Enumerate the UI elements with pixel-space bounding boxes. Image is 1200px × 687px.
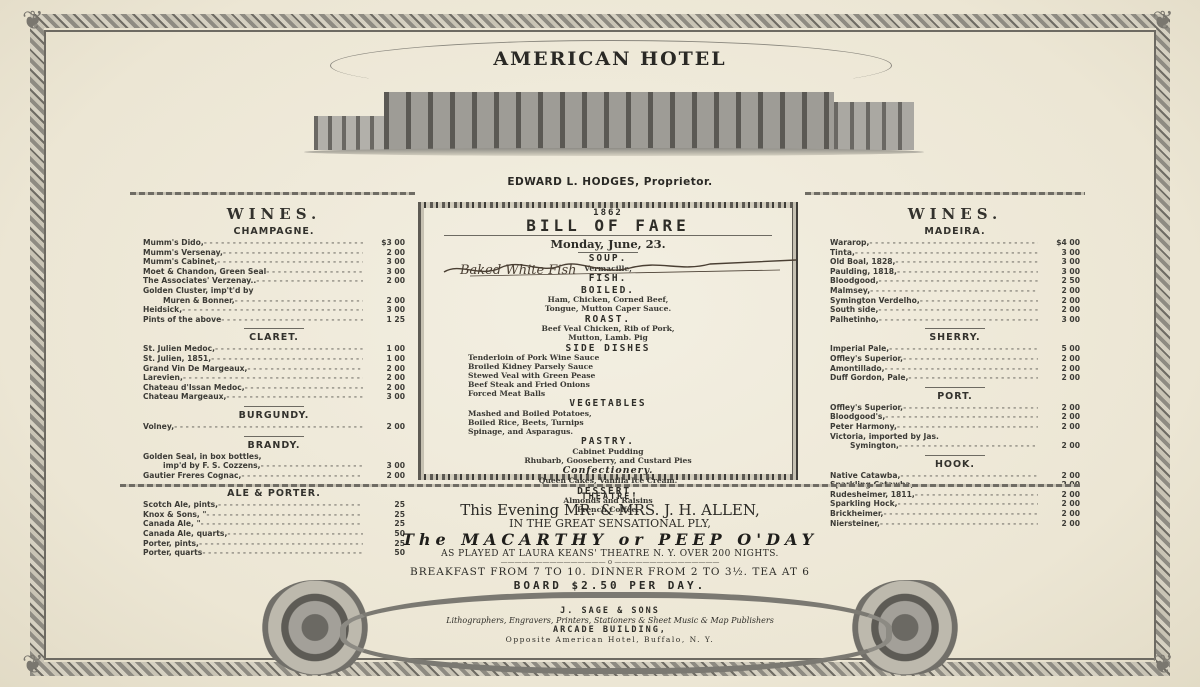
leader-dots: [182, 305, 363, 315]
course-heading: FISH.: [424, 274, 792, 285]
leader-dots: [903, 403, 1038, 413]
wine-price: 2 00: [363, 296, 405, 306]
wine-price: 2 00: [363, 248, 405, 258]
wine-price: 2 00: [1038, 490, 1080, 500]
wine-name: The Associates' Verzenay..: [143, 276, 256, 286]
wine-price: 2 00: [363, 364, 405, 374]
leader-dots: [204, 238, 363, 248]
wine-section-heading: MADEIRA.: [830, 226, 1080, 237]
wine-name: Malmsey,: [830, 286, 870, 296]
corner-scroll-icon: ❦: [1152, 8, 1174, 34]
section-divider: [925, 387, 985, 388]
menu-date: Monday, June, 23.: [424, 238, 792, 251]
leader-dots: [223, 248, 363, 258]
wine-price: 2 00: [1038, 373, 1080, 383]
wine-price: 2 00: [1038, 412, 1080, 422]
wine-price: 2 00: [363, 383, 405, 393]
wine-item: Imperial Pale,5 00: [830, 344, 1080, 354]
leader-dots: [247, 364, 363, 374]
wine-item: Victoria, imported by Jas.: [830, 432, 1080, 442]
wine-name: Peter Harmony,: [830, 422, 897, 432]
wine-price: 2 00: [363, 373, 405, 383]
wines-heading: WINES.: [143, 205, 405, 223]
wine-item: Amontillado,2 00: [830, 364, 1080, 374]
wine-name: Paulding, 1818,: [830, 267, 897, 277]
wine-name: Native Catawba,: [830, 471, 900, 481]
leader-dots: [183, 373, 363, 383]
wine-name: Pints of the above: [143, 315, 221, 325]
wine-name: Tinta,: [830, 248, 855, 258]
wine-price: 3 00: [363, 392, 405, 402]
leader-dots: [920, 296, 1038, 306]
wine-item: Pints of the above1 25: [143, 315, 405, 325]
wine-name: Heidsick,: [143, 305, 182, 315]
wine-name: Duff Gordon, Pale,: [830, 373, 908, 383]
leader-dots: [899, 441, 1038, 451]
section-divider: [925, 328, 985, 329]
leader-dots: [226, 392, 363, 402]
wine-price: 1 00: [363, 354, 405, 364]
leader-dots: [855, 248, 1038, 258]
wine-price: 2 00: [1038, 422, 1080, 432]
wine-name: Moet & Chandon, Green Seal: [143, 267, 266, 277]
leader-dots: [870, 286, 1038, 296]
hotel-engraving: [314, 82, 914, 156]
wine-item: Gautier Freres Cognac,2 00: [143, 471, 405, 481]
course-list: SOUP.Vermacille,FISH.BOILED.Ham, Chicken…: [424, 254, 792, 515]
wine-name: Chateau Margeaux,: [143, 392, 226, 402]
header-divider-left: [130, 192, 415, 195]
wine-name: Golden Cluster, imp't'd by: [143, 286, 253, 296]
wine-item: Golden Cluster, imp't'd by: [143, 286, 405, 296]
leader-dots: [878, 305, 1038, 315]
wine-name: Amontillado,: [830, 364, 885, 374]
small-divider: ——————————————— o ———————————————: [180, 559, 1040, 566]
meal-hours: BREAKFAST FROM 7 TO 10. DINNER FROM 2 TO…: [180, 566, 1040, 578]
wine-price: [363, 452, 405, 462]
wine-item: Muren & Bonner,2 00: [143, 296, 405, 306]
wine-price: 2 00: [1038, 364, 1080, 374]
wine-name: Chateau d'Issan Medoc,: [143, 383, 245, 393]
wine-item: Volney,2 00: [143, 422, 405, 432]
wine-name: Bloodgood,: [830, 276, 878, 286]
corner-scroll-icon: ❦: [22, 652, 44, 678]
course-dish: Tongue, Mutton Caper Sauce.: [424, 305, 792, 314]
wine-name: Muren & Bonner,: [163, 296, 235, 306]
wine-price: [363, 286, 405, 296]
wine-item: Peter Harmony,2 00: [830, 422, 1080, 432]
leader-dots: [885, 412, 1038, 422]
wine-item: Offley's Superior,2 00: [830, 354, 1080, 364]
leader-dots: [245, 383, 363, 393]
wine-price: 3 00: [1038, 315, 1080, 325]
wine-name: Volney,: [143, 422, 174, 432]
wine-name: Palhetinho,: [830, 315, 879, 325]
section-divider: [244, 406, 304, 407]
wine-item: Bloodgood's,2 00: [830, 412, 1080, 422]
footer-divider: [120, 484, 1080, 487]
leader-dots: [897, 422, 1038, 432]
leader-dots: [241, 471, 363, 481]
wine-item: Mumm's Versenay,2 00: [143, 248, 405, 258]
leader-dots: [235, 296, 363, 306]
section-divider: [925, 455, 985, 456]
wines-heading: WINES.: [830, 205, 1080, 223]
corner-scroll-icon: ❦: [22, 8, 44, 34]
wine-section-heading: CHAMPAGNE.: [143, 226, 405, 237]
wine-name: Bloodgood's,: [830, 412, 885, 422]
wine-price: 3 00: [363, 257, 405, 267]
wine-name: Mumm's Dido,: [143, 238, 204, 248]
bill-of-fare-panel: 1862 BILL OF FARE Monday, June, 23. SOUP…: [418, 202, 798, 480]
wine-price: $4 00: [1038, 238, 1080, 248]
play-title: The MACARTHY or PEEP O'DAY: [180, 530, 1040, 549]
wine-name: Symington,: [850, 441, 899, 451]
footer-announcements: THEATRE! This Evening MR. & MRS. J. H. A…: [180, 492, 1040, 594]
wine-item: Symington,2 00: [830, 441, 1080, 451]
header-divider-right: [805, 192, 1085, 195]
wine-name: Symington Verdelho,: [830, 296, 920, 306]
wine-item: Offley's Superior,2 00: [830, 403, 1080, 413]
wine-item: Mumm's Dido,$3 00: [143, 238, 405, 248]
wine-section-heading: CLARET.: [143, 332, 405, 343]
leader-dots: [217, 257, 363, 267]
wine-price: 3 00: [1038, 257, 1080, 267]
wine-price: 5 00: [1038, 344, 1080, 354]
wine-item: Palhetinho,3 00: [830, 315, 1080, 325]
wine-price: [1038, 432, 1080, 442]
course-dish: Vermacille,: [424, 265, 792, 274]
wine-price: 2 00: [1038, 305, 1080, 315]
wine-item: Duff Gordon, Pale,2 00: [830, 373, 1080, 383]
wine-price: 1 25: [363, 315, 405, 325]
leader-dots: [895, 257, 1038, 267]
section-divider: [244, 436, 304, 437]
leader-dots: [261, 461, 363, 471]
wine-item: Larevien,2 00: [143, 373, 405, 383]
wine-price: 2 00: [1038, 519, 1080, 529]
wine-price: 3 00: [363, 461, 405, 471]
wine-item: Moet & Chandon, Green Seal3 00: [143, 267, 405, 277]
wine-name: South side,: [830, 305, 878, 315]
hotel-name: AMERICAN HOTEL: [380, 48, 840, 70]
printer-address: Opposite American Hotel, Buffalo, N. Y.: [380, 635, 840, 644]
play-intro: IN THE GREAT SENSATIONAL PLY,: [180, 518, 1040, 530]
wine-item: Heidsick,3 00: [143, 305, 405, 315]
wine-price: 2 00: [1038, 403, 1080, 413]
wine-section-heading: BRANDY.: [143, 440, 405, 451]
wine-price: 2 00: [1038, 471, 1080, 481]
leader-dots: [869, 238, 1038, 248]
wine-price: 3 00: [363, 267, 405, 277]
leader-dots: [215, 344, 363, 354]
wine-item: Wararop,$4 00: [830, 238, 1080, 248]
wine-price: 2 50: [1038, 276, 1080, 286]
leader-dots: [939, 432, 1038, 442]
leader-dots: [253, 286, 363, 296]
evening-performers: This Evening MR. & MRS. J. H. ALLEN,: [180, 502, 1040, 518]
wine-section-heading: BURGUNDY.: [143, 410, 405, 421]
wine-price: 2 00: [1038, 354, 1080, 364]
wine-item: Paulding, 1818,3 00: [830, 267, 1080, 277]
wine-name: imp'd by F. S. Cozzens,: [163, 461, 261, 471]
wine-item: Malmsey,2 00: [830, 286, 1080, 296]
leader-dots: [211, 354, 363, 364]
leader-dots: [879, 315, 1038, 325]
course-dish: Mutton, Lamb. Pig: [424, 334, 792, 343]
course-dish: Spinage, and Asparagus.: [424, 428, 792, 437]
wine-name: Larevien,: [143, 373, 183, 383]
wine-item: Native Catawba,2 00: [830, 471, 1080, 481]
wine-item: Golden Seal, in box bottles,: [143, 452, 405, 462]
wine-item: Tinta,3 00: [830, 248, 1080, 258]
wine-price: 2 00: [1038, 509, 1080, 519]
wine-item: St. Julien Medoc,1 00: [143, 344, 405, 354]
wine-item: imp'd by F. S. Cozzens,3 00: [143, 461, 405, 471]
wine-price: $3 00: [363, 238, 405, 248]
section-divider: [244, 328, 304, 329]
wine-name: Wararop,: [830, 238, 869, 248]
wine-name: Imperial Pale,: [830, 344, 889, 354]
leader-dots: [903, 354, 1038, 364]
leader-dots: [261, 452, 363, 462]
printer-name: J. SAGE & SONS: [380, 606, 840, 616]
wine-name: Victoria, imported by Jas.: [830, 432, 939, 442]
wine-list-right: WINES. MADEIRA.Wararop,$4 00Tinta,3 00Ol…: [830, 205, 1080, 528]
wine-item: Grand Vin De Margeaux,2 00: [143, 364, 405, 374]
wine-price: 3 00: [363, 305, 405, 315]
leader-dots: [174, 422, 363, 432]
wine-section-heading: HOOK.: [830, 459, 1080, 470]
wine-price: 3 00: [1038, 267, 1080, 277]
wine-name: Old Boal, 1828,: [830, 257, 895, 267]
wine-name: Grand Vin De Margeaux,: [143, 364, 247, 374]
wine-name: Mumm's Versenay,: [143, 248, 223, 258]
wine-price: 2 00: [1038, 499, 1080, 509]
printer-trade: Lithographers, Engravers, Printers, Stat…: [380, 616, 840, 625]
leader-dots: [900, 471, 1038, 481]
printer-cartouche: J. SAGE & SONS Lithographers, Engravers,…: [260, 580, 960, 675]
wine-item: South side,2 00: [830, 305, 1080, 315]
bill-of-fare-title: BILL OF FARE: [444, 218, 772, 236]
wine-item: The Associates' Verzenay..2 00: [143, 276, 405, 286]
wine-section-heading: PORT.: [830, 391, 1080, 402]
wine-item: St. Julien, 1851,1 00: [143, 354, 405, 364]
wine-name: Golden Seal, in box bottles,: [143, 452, 261, 462]
wine-name: Offley's Superior,: [830, 354, 903, 364]
wine-price: 2 00: [363, 471, 405, 481]
wine-name: Mumm's Cabinet,: [143, 257, 217, 267]
course-dish: Forced Meat Balls: [424, 390, 792, 399]
leader-dots: [256, 276, 363, 286]
wine-price: 3 00: [1038, 248, 1080, 258]
course-heading: SOUP.: [424, 254, 792, 265]
corner-scroll-icon: ❦: [1152, 652, 1174, 678]
leader-dots: [889, 344, 1038, 354]
wine-section-heading: SHERRY.: [830, 332, 1080, 343]
leader-dots: [878, 276, 1038, 286]
wine-name: Gautier Freres Cognac,: [143, 471, 241, 481]
proprietor-line: EDWARD L. HODGES, Proprietor.: [400, 176, 820, 188]
wine-price: 2 00: [1038, 441, 1080, 451]
wine-item: Chateau Margeaux,3 00: [143, 392, 405, 402]
leader-dots: [885, 364, 1038, 374]
wine-item: Mumm's Cabinet,3 00: [143, 257, 405, 267]
leader-dots: [266, 267, 363, 277]
wine-price: 1 00: [363, 344, 405, 354]
wine-price: 2 00: [1038, 296, 1080, 306]
wine-price: 2 00: [1038, 286, 1080, 296]
wine-price: 2 00: [363, 422, 405, 432]
wine-item: Old Boal, 1828,3 00: [830, 257, 1080, 267]
wine-item: Bloodgood,2 50: [830, 276, 1080, 286]
leader-dots: [908, 373, 1038, 383]
leader-dots: [221, 315, 363, 325]
course-dish: Rhubarb, Gooseberry, and Custard Pies: [424, 457, 792, 466]
printer-building: ARCADE BUILDING,: [380, 625, 840, 635]
wine-price: 2 00: [363, 276, 405, 286]
wine-item: Chateau d'Issan Medoc,2 00: [143, 383, 405, 393]
wine-name: St. Julien Medoc,: [143, 344, 215, 354]
leader-dots: [897, 267, 1038, 277]
wine-item: Symington Verdelho,2 00: [830, 296, 1080, 306]
wine-name: St. Julien, 1851,: [143, 354, 211, 364]
wine-name: Offley's Superior,: [830, 403, 903, 413]
